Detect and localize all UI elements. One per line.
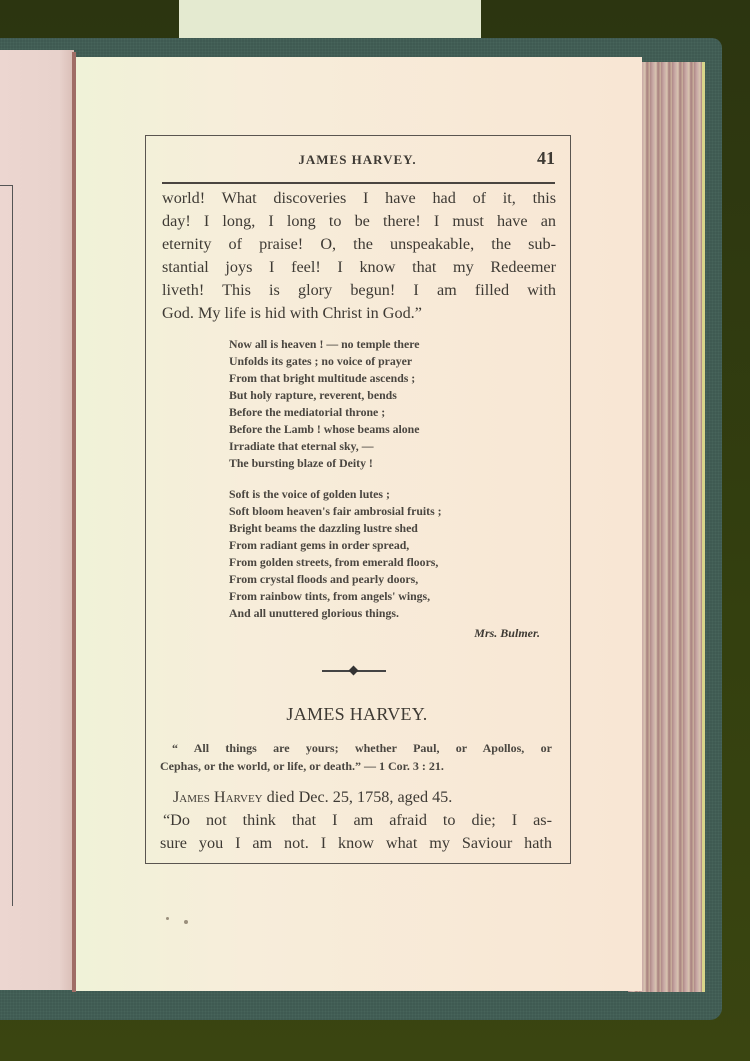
page-number: 41 <box>537 148 555 169</box>
left-page <box>0 50 74 990</box>
paper-foxing-spot <box>166 917 169 920</box>
epigraph-line: Cephas, or the world, or life, or death.… <box>160 757 552 775</box>
poem-line: Before the Lamb ! whose beams alone <box>229 421 419 438</box>
poem-line: Before the mediatorial throne ; <box>229 404 419 421</box>
divider-diamond-icon <box>349 666 359 676</box>
poem-line: Soft is the voice of golden lutes ; <box>229 486 442 503</box>
poem-line: And all unuttered glorious things. <box>229 605 442 622</box>
header-rule <box>162 182 555 184</box>
poem-line: Bright beams the dazzling lustre shed <box>229 520 442 537</box>
epigraph: “ All things are yours; whether Paul, or… <box>160 739 552 775</box>
poem-line: Soft bloom heaven's fair ambrosial fruit… <box>229 503 442 520</box>
section-title: JAMES HARVEY. <box>150 704 564 725</box>
poem-line: From rainbow tints, from angels' wings, <box>229 588 442 605</box>
left-page-text-frame <box>0 185 13 906</box>
prose-line: world! What discoveries I have had of it… <box>162 187 556 210</box>
biography-paragraph: James Harvey died Dec. 25, 1758, aged 45… <box>160 786 552 855</box>
poem-line: Unfolds its gates ; no voice of prayer <box>229 353 419 370</box>
poem-line: From radiant gems in order spread, <box>229 537 442 554</box>
prose-line: stantial joys I feel! I know that my Red… <box>162 256 556 279</box>
poem-line: From that bright multitude ascends ; <box>229 370 419 387</box>
running-head: JAMES HARVEY. 41 <box>160 148 555 172</box>
poem-line: From crystal floods and pearly doors, <box>229 571 442 588</box>
bio-line: sure you I am not. I know what my Saviou… <box>160 832 552 855</box>
poem-line: From golden streets, from emerald floors… <box>229 554 442 571</box>
prose-line: eternity of praise! O, the unspeakable, … <box>162 233 556 256</box>
paper-foxing-spot <box>184 920 188 924</box>
poem-line: Irradiate that eternal sky, — <box>229 438 419 455</box>
running-head-title: JAMES HARVEY. <box>160 152 555 168</box>
prose-line: day! I long, I long to be there! I must … <box>162 210 556 233</box>
epigraph-line: “ All things are yours; whether Paul, or… <box>160 739 552 757</box>
poem-stanza-1: Now all is heaven ! — no temple there Un… <box>229 336 419 472</box>
prose-line: liveth! This is glory begun! I am filled… <box>162 279 556 302</box>
bio-line: James Harvey died Dec. 25, 1758, aged 45… <box>160 786 552 809</box>
bio-name: James Harvey <box>173 788 263 806</box>
poem-line: But holy rapture, reverent, bends <box>229 387 419 404</box>
section-divider-ornament <box>322 665 386 677</box>
poem-line: Now all is heaven ! — no temple there <box>229 336 419 353</box>
bio-line: “Do not think that I am afraid to die; I… <box>160 809 552 832</box>
poem-line: The bursting blaze of Deity ! <box>229 455 419 472</box>
bio-line-rest: died Dec. 25, 1758, aged 45. <box>263 788 453 806</box>
poem-stanza-2: Soft is the voice of golden lutes ; Soft… <box>229 486 442 622</box>
poem-attribution: Mrs. Bulmer. <box>420 626 540 641</box>
prose-line: God. My life is hid with Christ in God.” <box>162 302 556 325</box>
prose-paragraph: world! What discoveries I have had of it… <box>162 187 556 325</box>
